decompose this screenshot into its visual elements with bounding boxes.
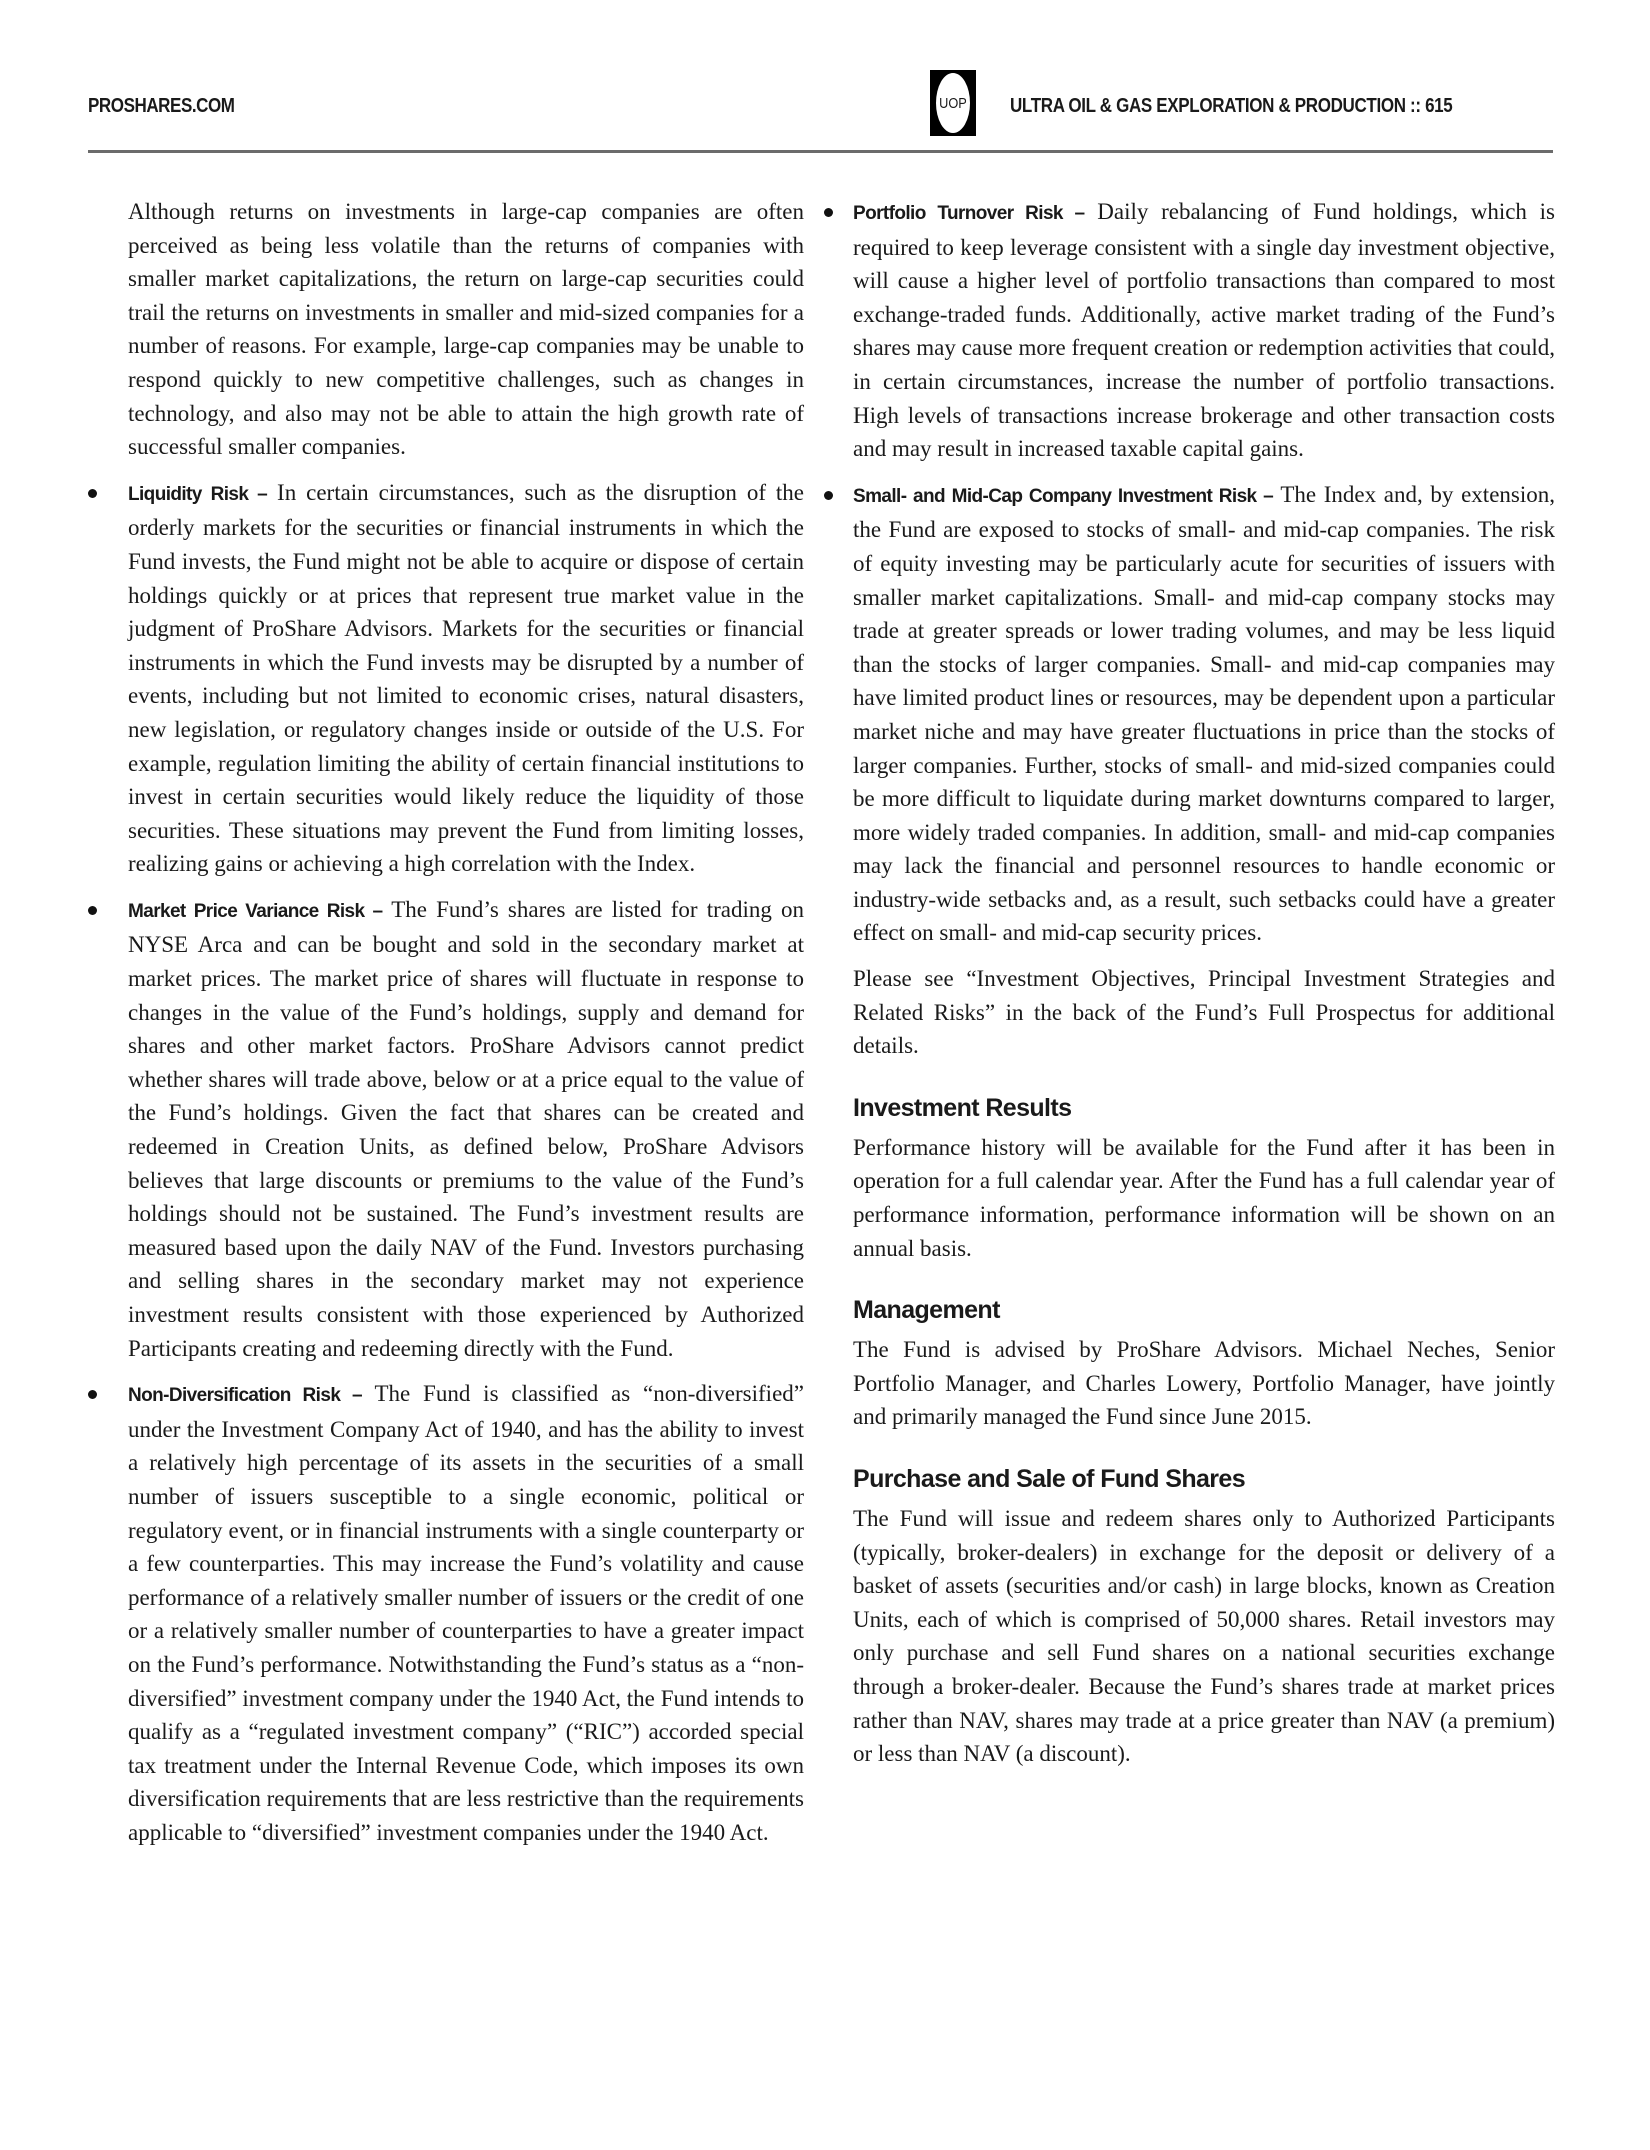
intro-paragraph: Although returns on investments in large… bbox=[128, 195, 804, 464]
risk-bullet: Market Price Variance Risk – The Fund’s … bbox=[128, 893, 804, 1365]
risk-bullet: Non-Diversification Risk – The Fund is c… bbox=[128, 1377, 804, 1849]
header-divider bbox=[88, 150, 1553, 153]
section-body: The Fund will issue and redeem shares on… bbox=[853, 1502, 1555, 1771]
risk-label: Non-Diversification Risk – bbox=[128, 1385, 362, 1406]
risk-label: Liquidity Risk – bbox=[128, 484, 267, 505]
risk-label: Market Price Variance Risk – bbox=[128, 901, 383, 922]
section-heading: Investment Results bbox=[853, 1093, 1555, 1123]
bullet-icon bbox=[824, 208, 833, 217]
section-heading: Purchase and Sale of Fund Shares bbox=[853, 1464, 1555, 1494]
left-column: Although returns on investments in large… bbox=[128, 195, 804, 1862]
fund-logo-icon: UOP bbox=[930, 70, 976, 136]
risk-text: Daily rebalancing of Fund holdings, whic… bbox=[853, 199, 1555, 461]
bullet-icon bbox=[88, 1390, 97, 1399]
risk-text: In certain circumstances, such as the di… bbox=[128, 480, 804, 877]
section-body: Performance history will be available fo… bbox=[853, 1131, 1555, 1265]
risk-bullet: Small- and Mid-Cap Company Investment Ri… bbox=[853, 478, 1555, 950]
bullet-icon bbox=[824, 491, 833, 500]
right-column: Portfolio Turnover Risk – Daily rebalanc… bbox=[853, 195, 1555, 1783]
risk-bullet: Portfolio Turnover Risk – Daily rebalanc… bbox=[853, 195, 1555, 466]
risk-label: Portfolio Turnover Risk – bbox=[853, 203, 1085, 224]
page-title: ULTRA OIL & GAS EXPLORATION & PRODUCTION… bbox=[1010, 95, 1452, 118]
section-heading: Management bbox=[853, 1295, 1555, 1325]
bullet-icon bbox=[88, 489, 97, 498]
section-body: The Fund is advised by ProShare Advisors… bbox=[853, 1333, 1555, 1434]
see-also-paragraph: Please see “Investment Objectives, Princ… bbox=[853, 962, 1555, 1063]
risk-text: The Fund is classified as “non-diversifi… bbox=[128, 1381, 804, 1845]
risk-text: The Fund’s shares are listed for trading… bbox=[128, 897, 804, 1361]
risk-bullet: Liquidity Risk – In certain circumstance… bbox=[128, 476, 804, 881]
risk-label: Small- and Mid-Cap Company Investment Ri… bbox=[853, 486, 1273, 507]
bullet-icon bbox=[88, 906, 97, 915]
site-name: PROSHARES.COM bbox=[88, 95, 235, 118]
logo-text: UOP bbox=[936, 73, 970, 133]
risk-text: The Index and, by extension, the Fund ar… bbox=[853, 482, 1555, 946]
